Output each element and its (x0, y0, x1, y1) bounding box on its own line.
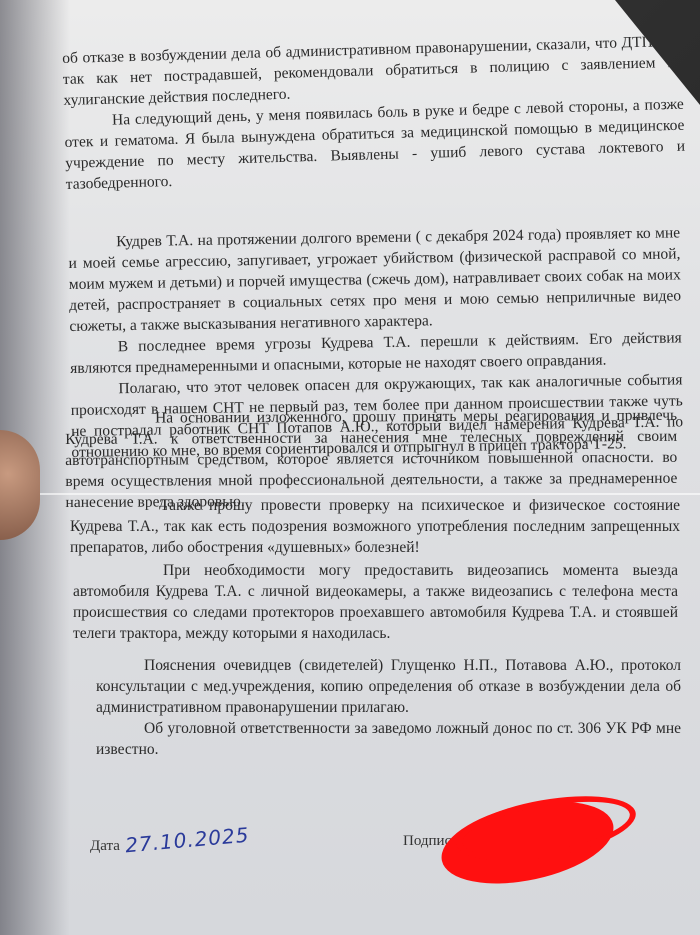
text-block-attachments: Пояснения очевидцев (свидетелей) Глущенк… (96, 655, 681, 718)
paragraph: Кудрев Т.А. на протяжении долгого времен… (68, 222, 682, 337)
text-block-incident: об отказе в возбуждении дела об админист… (62, 31, 686, 195)
paragraph: При необходимости могу предоставить виде… (73, 560, 678, 644)
text-block-liability: Об уголовной ответственности за заведомо… (96, 718, 681, 760)
document-page: об отказе в возбуждении дела об админист… (0, 0, 700, 935)
paragraph: Об уголовной ответственности за заведомо… (96, 718, 681, 760)
text-block-check-request: Также прошу провести проверку на психиче… (70, 495, 680, 558)
handwritten-date: 27.10.2025 (124, 823, 250, 858)
paragraph: Пояснения очевидцев (свидетелей) Глущенк… (96, 655, 681, 718)
paragraph: На следующий день, у меня появилась боль… (64, 94, 686, 195)
text-block-video: При необходимости могу предоставить виде… (73, 560, 678, 644)
paragraph: Также прошу провести проверку на психиче… (70, 495, 680, 558)
date-label: Дата (90, 838, 120, 855)
